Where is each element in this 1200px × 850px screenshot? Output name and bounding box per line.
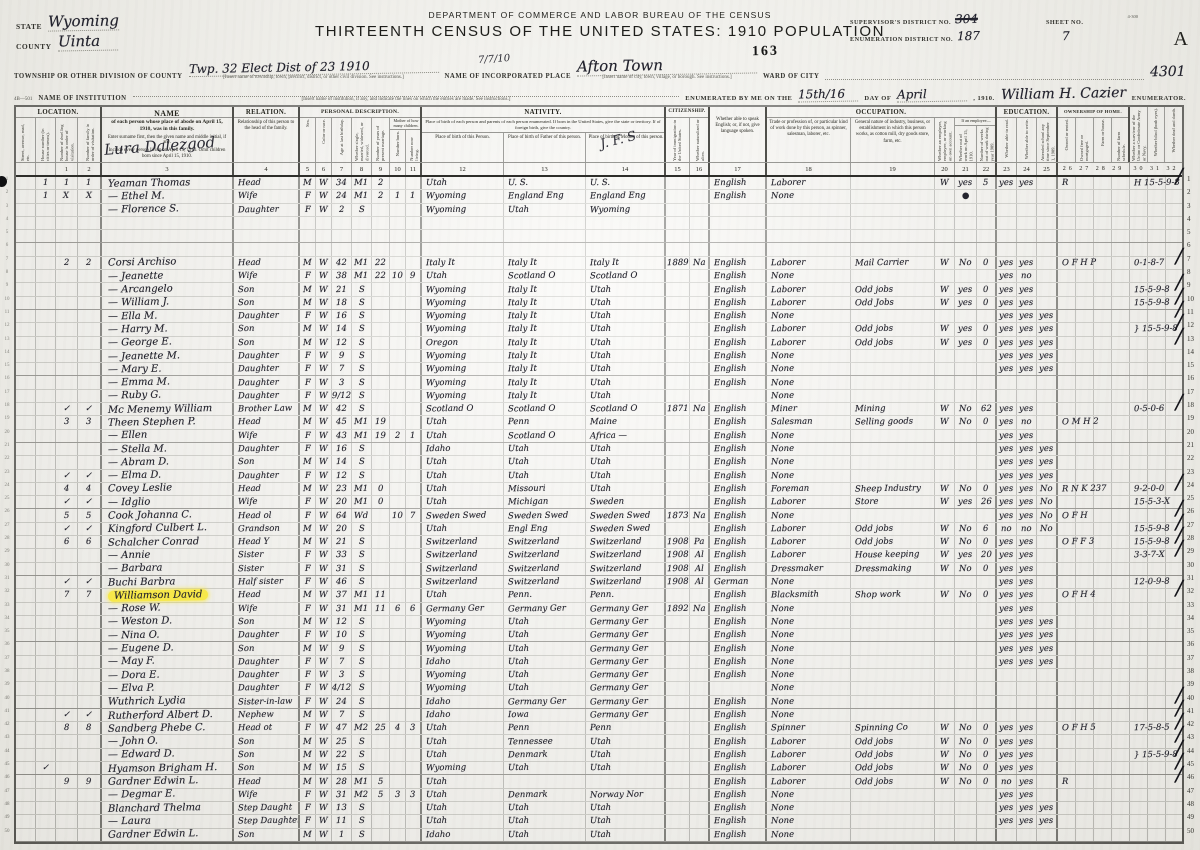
- cell-fbp: Utah: [504, 656, 586, 668]
- cell-value: Utah: [426, 524, 447, 534]
- cell-value: — Elva P.: [108, 683, 155, 695]
- cell-value: English: [714, 643, 747, 654]
- cell-rd: yes: [997, 802, 1017, 814]
- cell-age: 23: [332, 483, 352, 495]
- cell-rd: yes: [997, 350, 1017, 362]
- cell-imm: [666, 177, 690, 189]
- cell-st: [16, 337, 36, 349]
- cell-hn: [36, 749, 56, 761]
- cell-imm: [666, 829, 690, 841]
- cell-value: W: [319, 444, 328, 454]
- cell-value: None: [771, 457, 794, 467]
- cell-hn: [36, 297, 56, 309]
- cell-occ: None: [767, 576, 851, 588]
- cell-hn: [36, 563, 56, 575]
- cell-cb: [390, 642, 406, 654]
- cell-value: 31: [336, 604, 347, 614]
- cell-wk: 0: [977, 762, 997, 774]
- cell-value: Germany Ger: [590, 696, 648, 707]
- line-number-left: 37: [0, 652, 14, 665]
- cell-age: 43: [332, 430, 352, 442]
- cell-value: 43: [336, 431, 347, 441]
- cell-ind: Odd jobs: [851, 337, 935, 349]
- cell-value: W: [940, 284, 949, 294]
- cell-fbp: England Eng: [504, 190, 586, 202]
- cell-yrs: [372, 682, 390, 694]
- cell-ow: [955, 430, 977, 442]
- cell-value: ✓: [63, 471, 70, 481]
- cell-yrs: [372, 656, 390, 668]
- cell-value: W: [319, 484, 328, 494]
- cell-occ: Laborer: [767, 775, 851, 787]
- line-number-left: 49: [0, 811, 14, 824]
- cell-name: Rutherford Albert D.: [102, 709, 234, 721]
- cell-mbp: Africa —: [586, 430, 666, 442]
- cell-mar: S: [352, 549, 372, 561]
- cell-mar: M1: [352, 270, 372, 282]
- cell-value: Spinner: [771, 723, 805, 734]
- cell-cl: [406, 470, 422, 482]
- cell-value: M: [303, 338, 312, 348]
- cell-ind: [851, 310, 935, 322]
- cell-sex: F: [300, 204, 316, 216]
- cell-ind: Mail Carrier: [851, 257, 935, 269]
- cell-wr: [1017, 204, 1037, 216]
- cell-value: yes: [999, 763, 1013, 773]
- cell-value: M: [303, 537, 312, 547]
- cell-value: ●: [962, 191, 970, 201]
- cell-value: yes: [1019, 457, 1033, 467]
- cell-fbp: Utah: [504, 629, 586, 641]
- cell-value: English: [714, 484, 747, 495]
- cell-dw: ✓: [56, 403, 78, 415]
- cell-sch: [1037, 682, 1058, 694]
- cell-emp: W: [935, 536, 955, 548]
- cell-value: F: [304, 271, 310, 281]
- cell-name: Covey Leslie: [102, 483, 234, 495]
- cell-value: S: [358, 750, 364, 760]
- cell-rel: Son: [234, 616, 300, 628]
- cell-ind: [851, 350, 935, 362]
- cell-value: Wyoming: [426, 191, 466, 202]
- cell-value: No: [959, 484, 972, 494]
- cell-value: Odd jobs: [855, 324, 893, 335]
- cell-ow: [955, 243, 977, 255]
- cell-value: English: [714, 816, 747, 827]
- cell-ow: No: [955, 523, 977, 535]
- cell-rel: Wife: [234, 789, 300, 801]
- cell-value: S: [358, 803, 364, 813]
- cell-ind: [851, 802, 935, 814]
- cell-value: Utah: [508, 444, 529, 454]
- cell-value: English: [714, 563, 747, 574]
- cell-value: 0: [983, 324, 989, 334]
- cell-value: — Harry M.: [108, 323, 168, 335]
- cell-own: [1058, 815, 1130, 827]
- cell-value: English: [714, 470, 747, 481]
- cell-imm: [666, 243, 690, 255]
- cell-value: Germany Ger: [590, 710, 648, 721]
- cell-hn: [36, 536, 56, 548]
- sheet-value: 7: [1062, 29, 1070, 43]
- cell-occ: None: [767, 815, 851, 827]
- cell-value: S: [358, 630, 364, 640]
- cell-mar: S: [352, 629, 372, 641]
- cell-name: — Barbara: [102, 563, 234, 575]
- cell-wk: [977, 815, 997, 827]
- cell-ow: No: [955, 749, 977, 761]
- cell-cb: [390, 709, 406, 721]
- cell-rel: Head: [234, 775, 300, 787]
- cell-rel: Daughter: [234, 470, 300, 482]
- col-marital: Whether single, married, widowed, or div…: [354, 118, 370, 162]
- cell-value: W: [319, 683, 328, 693]
- cell-emp: W: [935, 416, 955, 428]
- sheet-letter: A: [1174, 28, 1188, 51]
- cell-nat: Pa: [690, 536, 710, 548]
- cell-mbp: Germany Ger: [586, 616, 666, 628]
- cell-bp: Italy It: [422, 257, 504, 269]
- cell-rel: Daughter: [234, 204, 300, 216]
- cell-wr: yes: [1017, 470, 1037, 482]
- cell-age: 46: [332, 576, 352, 588]
- census-row: 77Williamson DavidHeadMW37M111UtahPenn.P…: [16, 589, 1182, 602]
- cell-nat: [690, 589, 710, 601]
- cell-name: [102, 243, 234, 255]
- cell-value: yes: [999, 643, 1013, 653]
- cell-value: yes: [999, 404, 1013, 414]
- line-number-left: 7: [0, 253, 14, 266]
- cell-value: Al: [694, 550, 703, 560]
- cell-cl: [406, 682, 422, 694]
- cell-wk: 0: [977, 483, 997, 495]
- cell-rel: [234, 230, 300, 242]
- cell-rd: [997, 243, 1017, 255]
- cell-st: [16, 682, 36, 694]
- cell-own: [1058, 762, 1130, 774]
- cell-value: Odd jobs: [855, 524, 893, 535]
- cell-race: W: [316, 310, 332, 322]
- cell-race: W: [316, 603, 332, 615]
- cell-hn: [36, 549, 56, 561]
- cell-wr: yes: [1017, 549, 1037, 561]
- line-number-right: 35: [1184, 625, 1200, 638]
- census-row: — Ella M.DaughterFW16SWyomingItaly ItUta…: [16, 310, 1182, 323]
- line-number-right: 17: [1184, 386, 1200, 399]
- cell-race: W: [316, 270, 332, 282]
- cell-fbp: Italy It: [504, 350, 586, 362]
- cell-nat: [690, 323, 710, 335]
- cell-value: 34: [336, 178, 347, 188]
- cell-sex: M: [300, 283, 316, 295]
- cell-lang: English: [710, 563, 767, 575]
- line-number-right: 39: [1184, 678, 1200, 691]
- cell-st: [16, 496, 36, 508]
- col-english: Whether able to speak English; or, if no…: [710, 115, 765, 138]
- cell-value: — Annie: [108, 550, 151, 562]
- cell-value: 1873: [667, 510, 689, 520]
- cell-race: [316, 243, 332, 255]
- cell-dw: [56, 217, 78, 229]
- cell-fam: [78, 616, 102, 628]
- cell-cb: [390, 629, 406, 641]
- cell-value: M: [303, 178, 312, 188]
- census-row: Gardner Edwin L.SonMW1SIdahoUtahUtahEngl…: [16, 829, 1182, 842]
- cell-value: Utah: [590, 750, 611, 760]
- cell-value: X: [63, 191, 69, 201]
- cell-value: ✓: [85, 710, 92, 720]
- cell-imm: [666, 483, 690, 495]
- cell-bp: Wyoming: [422, 390, 504, 402]
- col-relation: Relationship of this person to the head …: [234, 118, 298, 134]
- cell-value: Utah: [426, 271, 447, 281]
- cell-name: — Laura: [102, 815, 234, 827]
- cell-value: Store: [855, 497, 879, 507]
- cell-yrs: [372, 283, 390, 295]
- cell-dw: [56, 310, 78, 322]
- cell-sch: [1037, 563, 1058, 575]
- cell-cb: [390, 390, 406, 402]
- cell-value: Missouri: [508, 484, 546, 495]
- census-row: — May F.DaughterFW7SIdahoUtahGermany Ger…: [16, 656, 1182, 669]
- cell-ind: [851, 243, 935, 255]
- cell-sex: F: [300, 789, 316, 801]
- cell-hn: [36, 350, 56, 362]
- cell-value: None: [771, 603, 794, 613]
- cell-value: yes: [1019, 298, 1033, 308]
- cell-wr: yes: [1017, 257, 1037, 269]
- cell-own: [1058, 230, 1130, 242]
- line-number-left: 27: [0, 519, 14, 532]
- cell-cb: [390, 470, 406, 482]
- cell-value: English: [714, 750, 747, 761]
- cell-cb: [390, 323, 406, 335]
- cell-dw: [56, 323, 78, 335]
- cell-value: yes: [1019, 497, 1033, 507]
- cell-imm: [666, 749, 690, 761]
- cell-mar: S: [352, 669, 372, 681]
- cell-wr: yes: [1017, 443, 1037, 455]
- cell-value: Utah: [508, 643, 529, 653]
- col-mother-of-children: Mother of how many children.: [390, 118, 422, 130]
- cell-st: [16, 270, 36, 282]
- cell-name: — Arcangelo: [102, 283, 234, 295]
- cell-wr: [1017, 230, 1037, 242]
- cell-mbp: [586, 243, 666, 255]
- cell-value: Utah: [590, 298, 611, 308]
- line-number-left: 9: [0, 279, 14, 292]
- group-relation: RELATION. Relationship of this person to…: [234, 107, 300, 162]
- cell-value: — Dora E.: [108, 669, 160, 681]
- cell-imm: [666, 589, 690, 601]
- cell-own2: [1130, 217, 1182, 229]
- line-number-left: 21: [0, 439, 14, 452]
- cell-ow: [955, 789, 977, 801]
- cell-hn: [36, 283, 56, 295]
- cell-bp: Utah: [422, 483, 504, 495]
- cell-mar: S: [352, 576, 372, 588]
- cell-fam: [78, 323, 102, 335]
- line-number-right: 29: [1184, 545, 1200, 558]
- cell-emp: W: [935, 549, 955, 561]
- cell-wr: yes: [1017, 177, 1037, 189]
- cell-occ: Laborer: [767, 337, 851, 349]
- cell-wk: [977, 696, 997, 708]
- cell-fam: [78, 656, 102, 668]
- cell-yrs: 19: [372, 430, 390, 442]
- cell-value: F: [304, 577, 310, 587]
- col-number-own: 26 27 28 29: [1058, 163, 1130, 175]
- cell-value: Wyoming: [426, 377, 466, 388]
- cell-wk: [977, 576, 997, 588]
- cell-occ: None: [767, 656, 851, 668]
- cell-value: No: [959, 258, 972, 268]
- cell-value: Utah: [590, 484, 611, 494]
- cell-nat: Al: [690, 576, 710, 588]
- cell-value: 19: [375, 417, 386, 427]
- cell-sch: yes: [1037, 443, 1058, 455]
- cell-rel: Head Y: [234, 536, 300, 548]
- cell-value: W: [319, 590, 328, 600]
- cell-value: 0: [983, 590, 989, 600]
- cell-value: None: [771, 803, 794, 813]
- line-number-right: 14: [1184, 346, 1200, 359]
- cell-yrs: 25: [372, 722, 390, 734]
- cell-sch: No: [1037, 523, 1058, 535]
- cell-occ: None: [767, 470, 851, 482]
- cell-rd: yes: [997, 310, 1017, 322]
- cell-wr: yes: [1017, 350, 1037, 362]
- cell-mar: [352, 217, 372, 229]
- cell-ow: [955, 217, 977, 229]
- cell-value: Wyoming: [426, 311, 466, 322]
- cell-lang: English: [710, 283, 767, 295]
- cell-hn: [36, 815, 56, 827]
- cell-value: W: [940, 590, 949, 600]
- cell-own: [1058, 204, 1130, 216]
- cell-cl: [406, 549, 422, 561]
- cell-cb: [390, 363, 406, 375]
- col-number-emp: 20: [935, 163, 955, 175]
- cell-st: [16, 669, 36, 681]
- cell-yrs: [372, 563, 390, 575]
- col-number-cl: 11: [406, 163, 422, 175]
- cell-wr: [1017, 682, 1037, 694]
- cell-imm: [666, 283, 690, 295]
- cell-value: English: [714, 790, 747, 801]
- cell-own: [1058, 642, 1130, 654]
- cell-value: ✓: [85, 577, 92, 587]
- cell-wr: [1017, 669, 1037, 681]
- cell-fbp: Scotland O: [504, 270, 586, 282]
- cell-ind: Odd jobs: [851, 536, 935, 548]
- cell-nat: [690, 722, 710, 734]
- cell-yrs: 11: [372, 589, 390, 601]
- cell-value: yes: [999, 564, 1013, 574]
- line-number-right: 19: [1184, 412, 1200, 425]
- cell-own2: [1130, 363, 1182, 375]
- cell-bp: Switzerland: [422, 563, 504, 575]
- cell-imm: [666, 470, 690, 482]
- cell-emp: [935, 190, 955, 202]
- cell-value: English: [714, 723, 747, 734]
- cell-wr: [1017, 217, 1037, 229]
- cell-value: 9: [64, 776, 70, 786]
- cell-fbp: Utah: [504, 456, 586, 468]
- cell-occ: None: [767, 789, 851, 801]
- cell-ind: [851, 376, 935, 388]
- cell-mbp: Germany Ger: [586, 656, 666, 668]
- cell-value: 12: [336, 617, 347, 627]
- cell-value: 15-5-9-8: [1134, 284, 1170, 295]
- col-number-sch: 25: [1037, 163, 1058, 175]
- cell-value: M1: [354, 191, 368, 201]
- cell-st: [16, 576, 36, 588]
- cell-fbp: Missouri: [504, 483, 586, 495]
- cell-own: [1058, 190, 1130, 202]
- cell-fam: 5: [78, 509, 102, 521]
- line-number-left: 13: [0, 333, 14, 346]
- cell-hn: [36, 629, 56, 641]
- cell-sex: F: [300, 802, 316, 814]
- cell-value: M: [303, 737, 312, 747]
- cell-rd: yes: [997, 589, 1017, 601]
- cell-value: W: [319, 564, 328, 574]
- cell-imm: [666, 456, 690, 468]
- cell-lang: English: [710, 403, 767, 415]
- line-number-right: 33: [1184, 599, 1200, 612]
- cell-value: Head: [238, 590, 261, 600]
- cell-value: 9: [339, 643, 345, 653]
- cell-value: Italy It: [508, 377, 537, 388]
- cell-wr: no: [1017, 523, 1037, 535]
- cell-age: 14: [332, 456, 352, 468]
- line-number-right: 8: [1184, 266, 1200, 279]
- census-row: — Nina O.DaughterFW10SWyomingUtahGermany…: [16, 629, 1182, 642]
- cell-ow: [955, 456, 977, 468]
- line-number-left: 23: [0, 466, 14, 479]
- cell-value: Iowa: [508, 710, 529, 720]
- col-out-of-work: Whether out of work on April 15, 1910.: [958, 126, 974, 162]
- cell-own2: [1130, 829, 1182, 841]
- cell-nat: [690, 443, 710, 455]
- cell-cb: [390, 735, 406, 747]
- cell-yrs: 0: [372, 496, 390, 508]
- col-owned-rented: Owned or rented.: [1064, 118, 1069, 151]
- cell-value: — Abram D.: [108, 456, 169, 468]
- col-farm-schedule: Number of farm schedule.: [1116, 118, 1126, 162]
- cell-value: Dressmaking: [855, 563, 912, 574]
- cell-value: W: [319, 737, 328, 747]
- county-label: County: [16, 42, 52, 51]
- cell-ow: No: [955, 735, 977, 747]
- cell-hn: [36, 616, 56, 628]
- cell-value: yes: [1039, 630, 1053, 640]
- cell-mar: S: [352, 762, 372, 774]
- cell-mbp: U. S.: [586, 177, 666, 189]
- cell-mar: S: [352, 403, 372, 415]
- census-row: 66Schalcher ConradHead YMW21SSwitzerland…: [16, 536, 1182, 549]
- cell-imm: [666, 775, 690, 787]
- cell-fam: [78, 363, 102, 375]
- cell-yrs: [372, 749, 390, 761]
- cell-value: None: [771, 271, 794, 281]
- cell-mar: M2: [352, 722, 372, 734]
- cell-age: 15: [332, 762, 352, 774]
- cell-wk: [977, 789, 997, 801]
- cell-imm: [666, 323, 690, 335]
- cell-nat: [690, 217, 710, 229]
